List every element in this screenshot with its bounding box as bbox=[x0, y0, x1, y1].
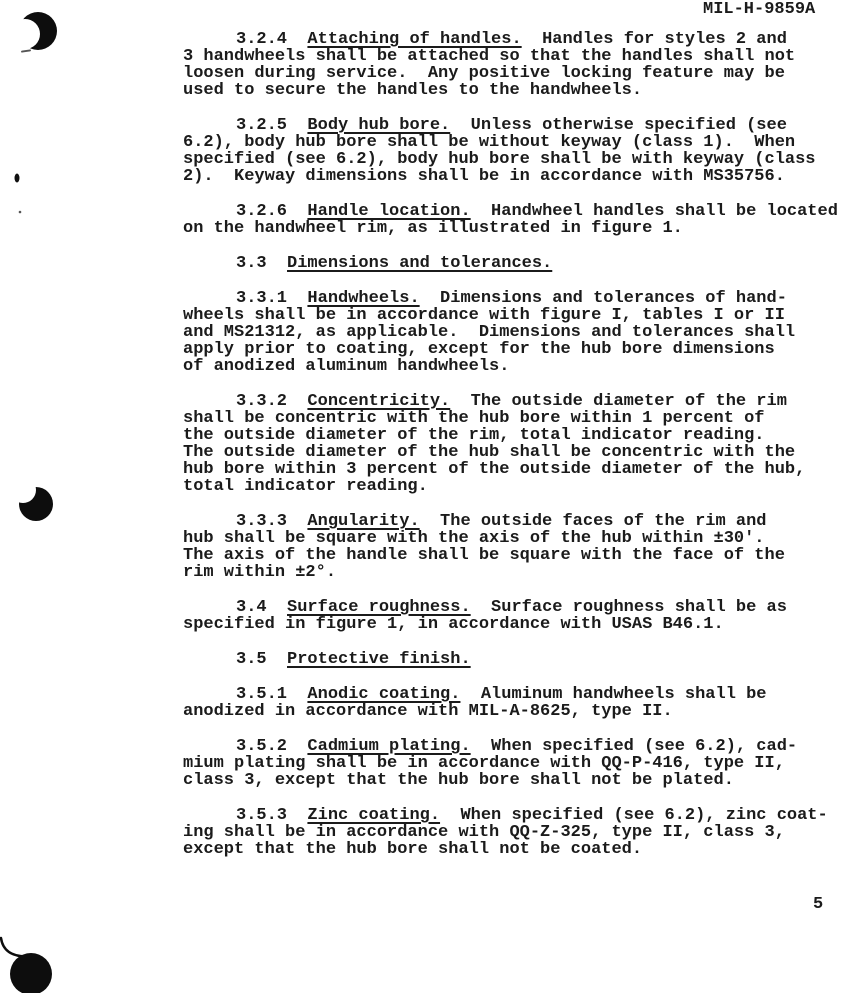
paragraph-3.3.3: 3.3.3 Angularity. The outside faces of t… bbox=[183, 513, 846, 581]
paragraph-3.3: 3.3 Dimensions and tolerances. bbox=[183, 255, 846, 272]
paragraph-3.5.2: 3.5.2 Cadmium plating. When specified (s… bbox=[183, 738, 846, 789]
paragraph-3.2.4: 3.2.4 Attaching of handles. Handles for … bbox=[183, 31, 846, 99]
section-number: 3.5 bbox=[236, 650, 287, 669]
paragraph-3.2.5: 3.2.5 Body hub bore. Unless otherwise sp… bbox=[183, 117, 846, 185]
blob-bottom-left-ink-mark bbox=[1, 938, 52, 993]
document-body: 3.2.4 Attaching of handles. Handles for … bbox=[183, 31, 846, 876]
section-title: Dimensions and tolerances. bbox=[287, 254, 552, 273]
paragraph-3.3.1: 3.3.1 Handwheels. Dimensions and toleran… bbox=[183, 290, 846, 375]
paragraph-3.3.2: 3.3.2 Concentricity. The outside diamete… bbox=[183, 393, 846, 495]
document-code: MIL-H-9859A bbox=[703, 1, 815, 19]
paragraph-3.4: 3.4 Surface roughness. Surface roughness… bbox=[183, 599, 846, 633]
speck-left-lower-ink-mark bbox=[19, 211, 22, 214]
paragraph-3.5.1: 3.5.1 Anodic coating. Aluminum handwheel… bbox=[183, 686, 846, 720]
paragraph-3.2.6: 3.2.6 Handle location. Handwheel handles… bbox=[183, 203, 846, 237]
paragraph-3.5.3: 3.5.3 Zinc coating. When specified (see … bbox=[183, 807, 846, 858]
crescent-top-left-ink-mark bbox=[10, 12, 57, 53]
paragraph-3.5: 3.5 Protective finish. bbox=[183, 651, 846, 668]
speck-left-upper-ink-mark bbox=[15, 174, 20, 183]
crescent-mid-left-ink-mark bbox=[10, 477, 53, 521]
page-number: 5 bbox=[813, 896, 823, 914]
section-title: Protective finish. bbox=[287, 650, 471, 669]
section-number: 3.3 bbox=[236, 254, 287, 273]
document-page: MIL-H-9859A 3.2.4 Attaching of handles. … bbox=[0, 0, 846, 993]
